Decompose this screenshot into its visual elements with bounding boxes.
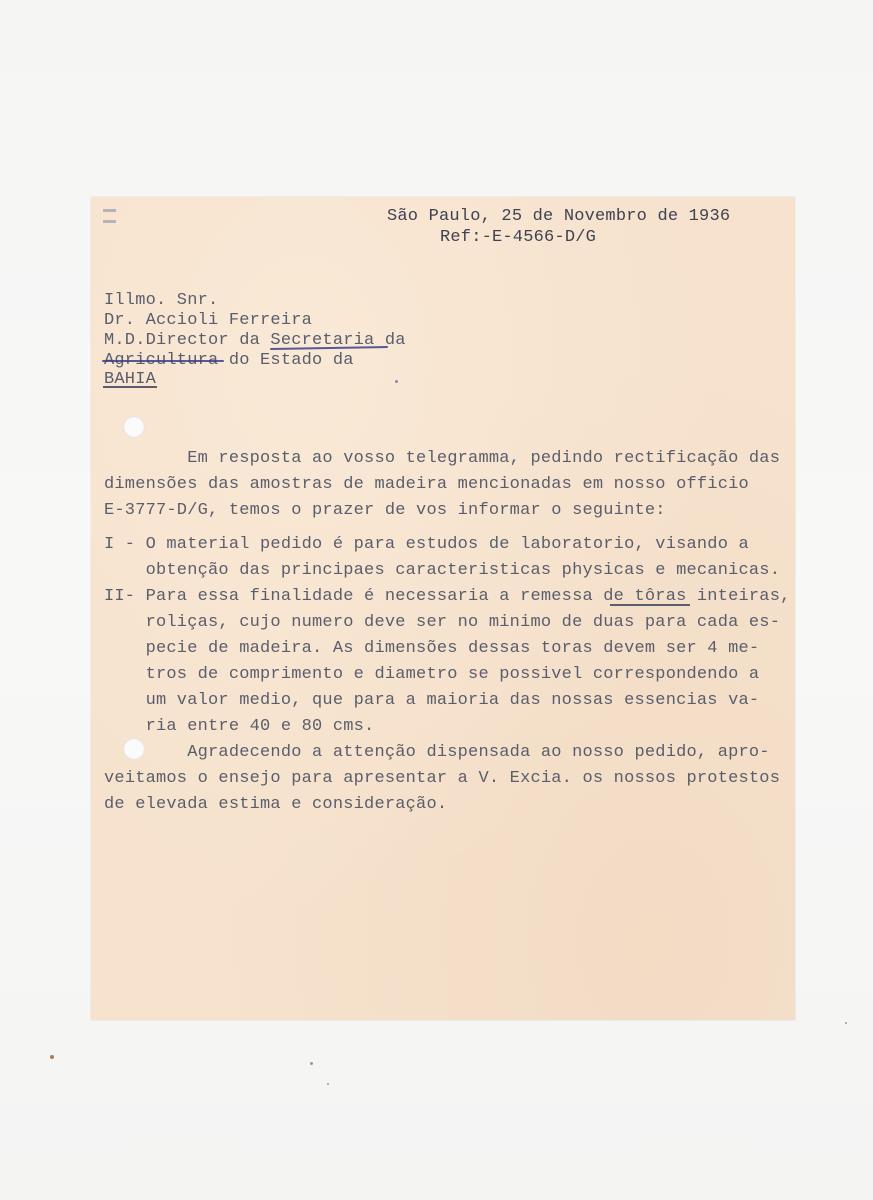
item-2-line: um valor medio, que para a maioria das n… xyxy=(104,688,759,714)
scan-speck xyxy=(310,1062,313,1065)
closing-line: Agradecendo a attenção dispensada ao nos… xyxy=(104,740,770,766)
item-2-line: tros de comprimento e diametro se possiv… xyxy=(104,662,759,688)
item-1-line: obtenção das principaes caracteristicas … xyxy=(104,558,780,584)
scan-speck xyxy=(327,1083,329,1085)
reference-number: Ref:-E-4566-D/G xyxy=(440,225,596,251)
item-2-line: pecie de madeira. As dimensões dessas to… xyxy=(104,636,759,662)
scan-speck xyxy=(50,1055,54,1059)
recipient-salutation: Illmo. Snr. xyxy=(104,290,218,312)
margin-mark xyxy=(103,209,116,212)
margin-mark xyxy=(103,220,116,223)
punch-hole-top xyxy=(123,416,145,438)
intro-line: E-3777-D/G, temos o prazer de vos inform… xyxy=(104,498,666,524)
typed-underline-toras xyxy=(610,604,690,606)
scan-speck xyxy=(845,1022,847,1024)
recipient-state: BAHIA xyxy=(104,369,156,391)
item-2-line: II- Para essa finalidade é necessaria a … xyxy=(104,584,791,610)
scan-speck xyxy=(395,380,398,383)
intro-line: Em resposta ao vosso telegramma, pedindo… xyxy=(104,446,780,472)
recipient-title: M.D.Director da Secretaria da xyxy=(104,330,406,352)
item-2-line: roliças, cujo numero deve ser no minimo … xyxy=(104,610,780,636)
item-1-line: I - O material pedido é para estudos de … xyxy=(104,532,749,558)
item-2-line: ria entre 40 e 80 cms. xyxy=(104,714,374,740)
recipient-name: Dr. Accioli Ferreira xyxy=(104,310,312,332)
pen-underline-agricultura xyxy=(102,360,224,362)
intro-line: dimensões das amostras de madeira mencio… xyxy=(104,472,749,498)
typed-underline-bahia xyxy=(103,386,157,388)
closing-line: veitamos o ensejo para apresentar a V. E… xyxy=(104,766,780,792)
closing-line: de elevada estima e consideração. xyxy=(104,792,447,818)
